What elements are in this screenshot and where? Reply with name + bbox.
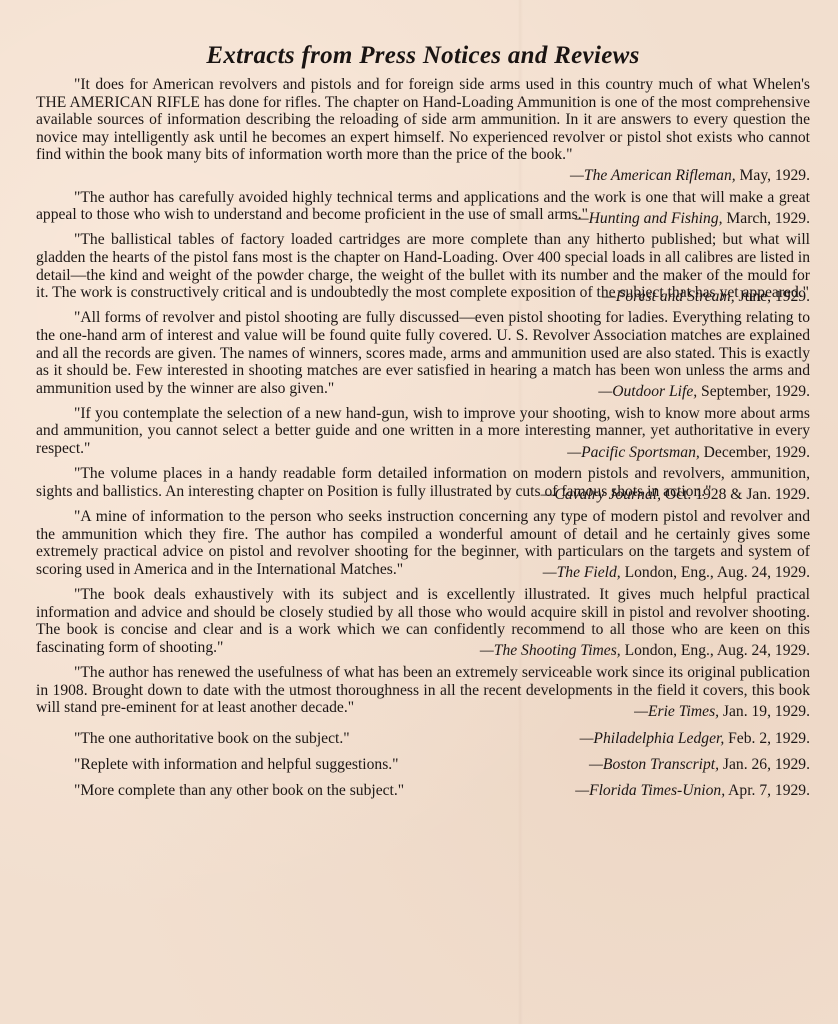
notice-pacific-sportsman: "If you contemplate the selection of a n… — [36, 405, 810, 461]
notice-publication: —Boston Transcript, — [589, 756, 719, 773]
notice-quote: "It does for American revolvers and pist… — [36, 76, 810, 164]
notice-date: September, 1929. — [697, 383, 810, 400]
notice-quote: "Replete with information and helpful su… — [74, 756, 399, 774]
press-notices-page: Extracts from Press Notices and Reviews … — [36, 42, 810, 807]
notice-publication: —Florida Times-Union, — [575, 782, 725, 799]
notice-date: Jan. 26, 1929. — [719, 756, 810, 773]
notice-publication: —Cavalry Journal, — [541, 486, 661, 503]
notice-publication: —The Shooting Times, — [480, 642, 621, 659]
notice-source: —Florida Times-Union, Apr. 7, 1929. — [575, 782, 810, 800]
notice-date: London, Eng., Aug. 24, 1929. — [621, 642, 810, 659]
notice-date: March, 1929. — [723, 210, 810, 227]
notice-date: London, Eng., Aug. 24, 1929. — [621, 564, 810, 581]
notice-source: —The American Rifleman, May, 1929. — [36, 167, 810, 185]
notice-date: December, 1929. — [700, 444, 810, 461]
notice-source: —Pacific Sportsman, December, 1929. — [36, 444, 810, 462]
notice-date: Apr. 7, 1929. — [725, 782, 810, 799]
notice-american-rifleman: "It does for American revolvers and pist… — [36, 76, 810, 185]
notice-shooting-times: "The book deals exhaustively with its su… — [36, 586, 810, 660]
notice-outdoor-life: "All forms of revolver and pistol shooti… — [36, 309, 810, 401]
notice-publication: —Pacific Sportsman, — [567, 444, 700, 461]
notice-date: Oct. 1928 & Jan. 1929. — [661, 486, 810, 503]
notice-date: Feb. 2, 1929. — [724, 730, 810, 747]
notice-quote: "The one authoritative book on the subje… — [74, 730, 350, 748]
notice-forest-and-stream: "The ballistical tables of factory loade… — [36, 231, 810, 305]
notice-date: June, 1929. — [735, 288, 810, 305]
notice-erie-times: "The author has renewed the usefulness o… — [36, 664, 810, 720]
notice-hunting-and-fishing: "The author has carefully avoided highly… — [36, 189, 810, 228]
notice-publication: —Outdoor Life, — [598, 383, 697, 400]
notice-publication: —Philadelphia Ledger, — [580, 730, 725, 747]
notice-source: —Philadelphia Ledger, Feb. 2, 1929. — [580, 730, 810, 748]
notice-publication: —The American Rifleman, — [570, 167, 736, 184]
notice-boston-transcript: "Replete with information and helpful su… — [36, 756, 810, 774]
page-title: Extracts from Press Notices and Reviews — [36, 42, 810, 70]
notice-date: Jan. 19, 1929. — [719, 703, 810, 720]
notice-publication: —Erie Times, — [634, 703, 719, 720]
notice-publication: —The Field, — [543, 564, 621, 581]
notice-quote: "More complete than any other book on th… — [74, 782, 404, 800]
notice-the-field: "A mine of information to the person who… — [36, 508, 810, 582]
notice-cavalry-journal: "The volume places in a handy readable f… — [36, 465, 810, 504]
notice-florida-times-union: "More complete than any other book on th… — [36, 782, 810, 800]
notices-list: "It does for American revolvers and pist… — [36, 76, 810, 799]
notice-publication: —Forest and Stream, — [602, 288, 735, 305]
notice-philadelphia-ledger: "The one authoritative book on the subje… — [36, 730, 810, 748]
notice-source: —Boston Transcript, Jan. 26, 1929. — [589, 756, 810, 774]
notice-publication: —Hunting and Fishing, — [575, 210, 723, 227]
notice-date: May, 1929. — [736, 167, 810, 184]
